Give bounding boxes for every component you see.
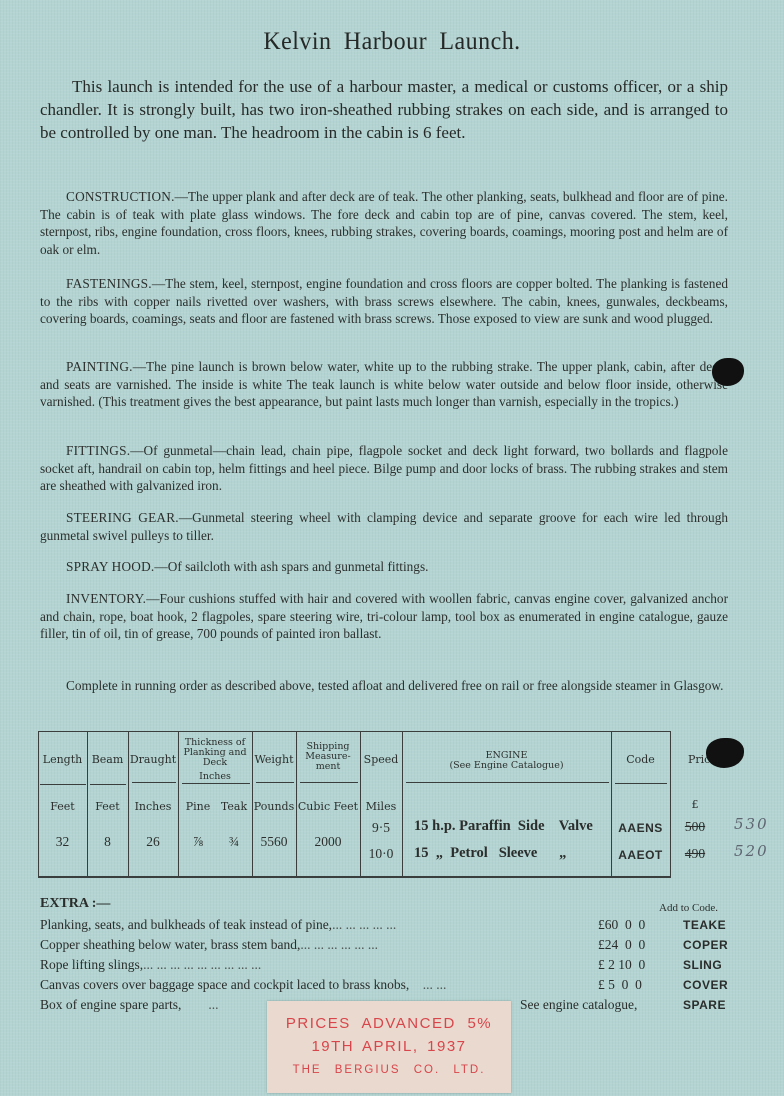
row-1-speed: 9·5 [360, 820, 402, 836]
header-thickness-unit: Inches [180, 772, 250, 782]
section-text: Complete in running order as described a… [66, 678, 723, 693]
value-pine: ⅞ [180, 834, 216, 850]
section-painting: PAINTING.—The pine launch is brown below… [40, 358, 728, 411]
unit-price: £ [670, 798, 720, 811]
section-heading: FASTENINGS. [66, 276, 152, 291]
punch-hole-mark [712, 358, 744, 386]
sticker-line-3: THE BERGIUS CO. LTD. [267, 1064, 511, 1076]
extra-price: £60 0 0 [598, 917, 645, 933]
header-shipping-measurement: Shipping Measure-ment [300, 742, 356, 772]
value-teak: ¾ [216, 834, 252, 850]
unit-speed: Miles [360, 800, 402, 813]
value-draught: 26 [128, 834, 178, 850]
unit-draught: Inches [128, 800, 178, 813]
header-code: Code [611, 753, 670, 766]
header-length: Length [38, 753, 87, 766]
intro-paragraph: This launch is intended for the use of a… [40, 75, 728, 144]
extra-item: Canvas covers over baggage space and coc… [40, 977, 730, 997]
section-delivery: Complete in running order as described a… [40, 677, 728, 695]
extra-leader-dots: ... ... [423, 977, 447, 992]
section-inventory: INVENTORY.—Four cushions stuffed with ha… [40, 590, 728, 643]
unit-weight: Pounds [252, 800, 296, 813]
row-1-code: AAENS [611, 821, 670, 835]
specification-table: Length Beam Draught Thickness of Plankin… [38, 731, 671, 878]
extra-code: SLING [683, 958, 722, 972]
sticker-line-1: PRICES ADVANCED 5% [267, 1015, 511, 1032]
section-fittings: FITTINGS.—Of gunmetal—chain lead, chain … [40, 442, 728, 495]
unit-shipping: Cubic Feet [296, 800, 360, 813]
price-advance-sticker: PRICES ADVANCED 5% 19TH APRIL, 1937 THE … [267, 1001, 511, 1093]
section-heading: STEERING GEAR. [66, 510, 179, 525]
extra-leader-dots: ... ... ... ... ... [332, 917, 396, 932]
value-length: 32 [38, 834, 87, 850]
section-heading: SPRAY HOOD. [66, 559, 154, 574]
document-page: Kelvin Harbour Launch. This launch is in… [0, 0, 784, 1096]
unit-teak: Teak [216, 800, 252, 813]
page-title: Kelvin Harbour Launch. [16, 28, 769, 56]
sticker-line-2: 19TH APRIL, 1937 [267, 1038, 511, 1055]
section-heading: PAINTING. [66, 359, 133, 374]
header-thickness: Thickness of Planking and Deck [180, 738, 250, 768]
row-1-old-price: 500 [670, 819, 720, 835]
extra-price: £24 0 0 [598, 937, 645, 953]
extra-price: £ 2 10 0 [598, 957, 645, 973]
header-draught: Draught [128, 753, 178, 766]
section-fastenings: FASTENINGS.—The stem, keel, sternpost, e… [40, 275, 728, 328]
extra-price: £ 5 0 0 [598, 977, 642, 993]
extra-desc: Canvas covers over baggage space and coc… [40, 977, 409, 992]
extra-item: Planking, seats, and bulkheads of teak i… [40, 917, 730, 937]
extra-desc: Planking, seats, and bulkheads of teak i… [40, 917, 332, 932]
value-weight: 5560 [252, 834, 296, 850]
add-to-code-label: Add to Code. [659, 902, 718, 914]
row-2-speed: 10·0 [360, 846, 402, 862]
section-heading: CONSTRUCTION. [66, 189, 175, 204]
section-text: —The pine launch is brown below water, w… [40, 359, 728, 409]
section-heading: INVENTORY. [66, 591, 146, 606]
extra-desc: Copper sheathing below water, brass stem… [40, 937, 300, 952]
extra-leader-dots: ... [208, 997, 218, 1012]
extra-code: SPARE [683, 998, 726, 1012]
handwritten-price-1: 530 [734, 815, 769, 833]
extra-price: See engine catalogue, [520, 997, 637, 1013]
section-text: —Of sailcloth with ash spars and gunmeta… [154, 559, 428, 574]
row-2-code: AAEOT [611, 848, 670, 862]
extra-desc: Box of engine spare parts, [40, 997, 181, 1012]
section-steering-gear: STEERING GEAR.—Gunmetal steering wheel w… [40, 509, 728, 544]
extra-code: TEAKE [683, 918, 726, 932]
section-text: —Of gunmetal—chain lead, chain pipe, fla… [40, 443, 728, 493]
unit-beam: Feet [87, 800, 128, 813]
row-1-engine: 15 h.p. Paraffin Side Valve [414, 818, 609, 835]
header-engine-sub: (See Engine Catalogue) [402, 761, 611, 771]
extra-code: COVER [683, 978, 728, 992]
value-beam: 8 [87, 834, 128, 850]
section-heading: FITTINGS. [66, 443, 130, 458]
extra-item: Copper sheathing below water, brass stem… [40, 937, 730, 957]
unit-length: Feet [38, 800, 87, 813]
header-speed: Speed [360, 753, 402, 766]
row-2-engine: 15 „ Petrol Sleeve „ [414, 845, 609, 862]
extra-code: COPER [683, 938, 728, 952]
header-beam: Beam [87, 753, 128, 766]
punch-hole-mark [706, 738, 744, 768]
unit-pine: Pine [180, 800, 216, 813]
value-shipping: 2000 [296, 834, 360, 850]
section-spray-hood: SPRAY HOOD.—Of sailcloth with ash spars … [40, 558, 728, 576]
handwritten-price-2: 520 [734, 842, 769, 860]
extra-desc: Rope lifting slings, [40, 957, 143, 972]
extra-leader-dots: ... ... ... ... ... ... [300, 937, 378, 952]
row-2-old-price: 490 [670, 846, 720, 862]
extras-title: EXTRA :— [40, 896, 110, 912]
extra-leader-dots: ... ... ... ... ... ... ... ... ... [143, 957, 261, 972]
extra-item: Rope lifting slings,... ... ... ... ... … [40, 957, 730, 977]
header-weight: Weight [252, 753, 296, 766]
section-construction: CONSTRUCTION.—The upper plank and after … [40, 188, 728, 258]
